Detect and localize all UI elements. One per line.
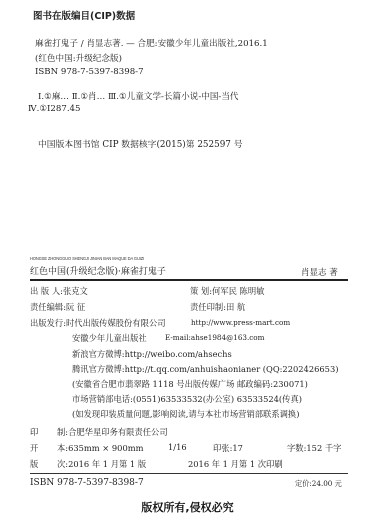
series-title: 红色中国(升级纪念版)·麻雀打鬼子 — [30, 264, 166, 277]
format-label: 开 — [30, 442, 38, 454]
sina-weibo[interactable]: 新浪官方微博:http://weibo.com/ahsechs — [72, 348, 232, 360]
title-divider — [30, 279, 348, 281]
print-manager: 责任印制:田 航 — [190, 301, 245, 313]
email[interactable]: E-mail:ahse1984@163.com — [165, 333, 264, 342]
cip-isbn: ISBN 978-7-5397-8398-7 — [35, 67, 144, 77]
website-link[interactable]: http://www.press-mart.com — [191, 318, 290, 327]
footer-isbn: ISBN 978-7-5397-8398-7 — [30, 478, 144, 488]
cip-classification-1: Ⅰ.①麻… Ⅱ.①肖… Ⅲ.①儿童文学-长篇小说-中国-当代 — [38, 90, 239, 102]
word-count: 字数:152 千字 — [287, 442, 341, 454]
distributor: 出版发行:时代出版传媒股份有限公司 — [30, 317, 166, 329]
planner: 策 划:何军民 陈明敏 — [190, 285, 264, 297]
cip-title: 图书在版编目(CIP)数据 — [33, 8, 135, 22]
price: 定价:24.00 元 — [295, 479, 342, 489]
printer-label: 印 — [30, 426, 38, 438]
cip-series-line: (红色中国:升级纪念版) — [35, 52, 122, 64]
format-value: 本:635mm × 900mm — [57, 442, 143, 454]
edition-label: 版 — [30, 458, 38, 470]
phone: 市场营销部电话:(0551)63533532(办公室) 63533524(传真) — [72, 393, 302, 405]
specs-divider — [30, 473, 348, 474]
author: 肖显志 著 — [301, 266, 338, 278]
quality-notice: (如发现印装质量问题,影响阅读,请与本社市场营销部联系调换) — [72, 408, 299, 420]
cip-number: 中国版本图书馆 CIP 数据核字(2015)第 252597 号 — [38, 137, 243, 150]
cip-classification-2: Ⅳ.①I287.45 — [28, 104, 81, 114]
format-fraction: 1/16 — [168, 442, 187, 452]
printer-value: 制:合肥华星印务有限责任公司 — [57, 426, 168, 438]
address: (安徽省合肥市翡翠路 1118 号出版传媒广场 邮政编码:230071) — [72, 378, 308, 390]
printing-date: 2016 年 1 月第 1 次印刷 — [188, 458, 283, 470]
editor: 责任编辑:阮 征 — [30, 301, 85, 313]
publisher-name: 安徽少年儿童出版社 — [72, 332, 147, 344]
print-sheets: 印张:17 — [213, 442, 243, 454]
cip-bibliographic-line: 麻雀打鬼子 / 肖显志著. — 合肥:安徽少年儿童出版社,2016.1 — [35, 37, 268, 49]
tencent-weibo[interactable]: 腾讯官方微博:http://t.qq.com/anhuishaonianer (… — [72, 363, 338, 375]
edition-value: 次:2016 年 1 月第 1 版 — [57, 458, 146, 470]
publisher-person: 出 版 人:张克文 — [30, 285, 88, 297]
pinyin-title: HONGSE ZHONGGUO SHENGJI JINIAN BAN MAQUE… — [30, 256, 144, 261]
copyright-notice: 版权所有,侵权必究 — [0, 499, 375, 515]
